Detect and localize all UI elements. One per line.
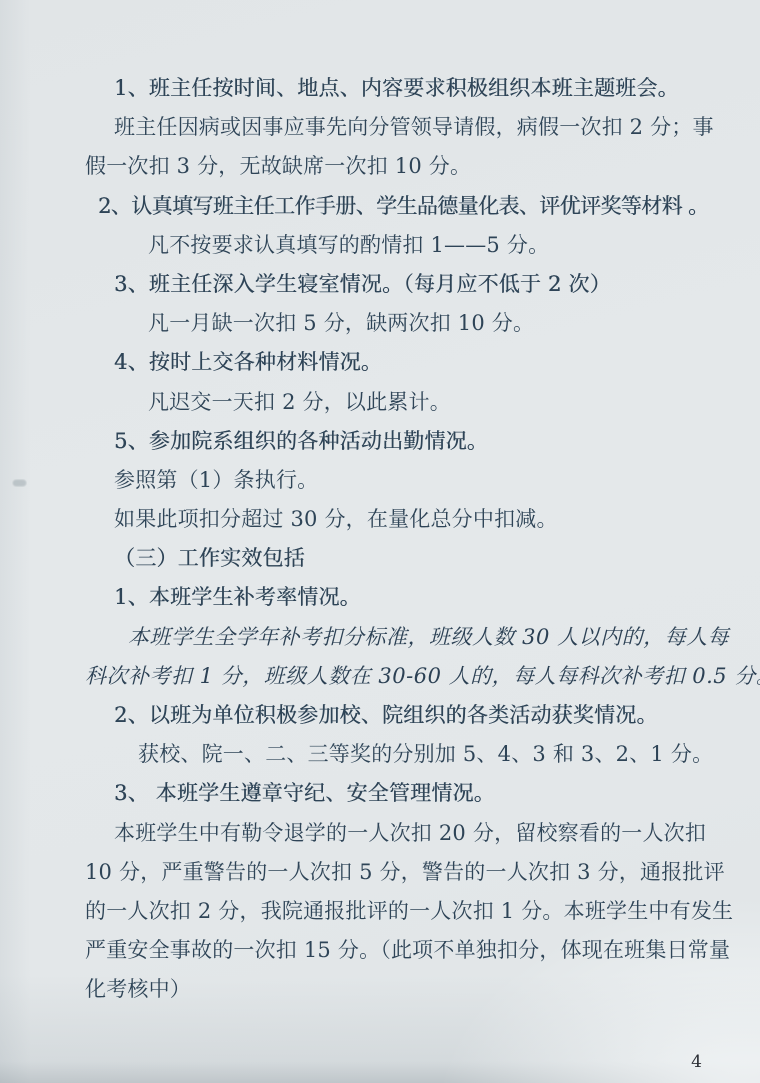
text-line: 10 分，严重警告的一人次扣 5 分，警告的一人次扣 3 分，通报批评	[85, 853, 722, 892]
text-line: 获校、院一、二、三等奖的分别加 5、4、3 和 3、2、1 分。	[85, 735, 722, 774]
text-line: 严重安全事故的一次扣 15 分。（此项不单独扣分，体现在班集日常量	[85, 931, 722, 970]
text-line: 3、 本班学生遵章守纪、安全管理情况。	[85, 774, 722, 813]
document-page: 1、班主任按时间、地点、内容要求积极组织本班主题班会。 班主任因病或因事应事先向…	[0, 0, 760, 1083]
page-number: 4	[691, 1052, 702, 1072]
text-line: 凡迟交一天扣 2 分，以此累计。	[85, 383, 722, 422]
text-line: 凡不按要求认真填写的酌情扣 1——5 分。	[85, 226, 722, 265]
text-line: 假一次扣 3 分，无故缺席一次扣 10 分。	[85, 147, 722, 186]
text-line: 科次补考扣 1 分，班级人数在 30-60 人的，每人每科次补考扣 0.5 分。	[85, 657, 722, 696]
text-line: 化考核中）	[85, 970, 722, 1009]
text-line: 1、班主任按时间、地点、内容要求积极组织本班主题班会。	[85, 69, 722, 108]
text-line: 5、参加院系组织的各种活动出勤情况。	[85, 422, 722, 461]
text-line: 班主任因病或因事应事先向分管领导请假，病假一次扣 2 分；事	[85, 108, 722, 147]
text-line: 凡一月缺一次扣 5 分，缺两次扣 10 分。	[85, 304, 722, 343]
text-line: 4、按时上交各种材料情况。	[85, 343, 722, 382]
scan-artifact-speck	[12, 479, 27, 487]
text-line: 的一人次扣 2 分，我院通报批评的一人次扣 1 分。本班学生中有发生	[85, 892, 722, 931]
text-line: 如果此项扣分超过 30 分，在量化总分中扣减。	[85, 500, 722, 539]
text-line: 本班学生中有勒令退学的一人次扣 20 分，留校察看的一人次扣	[85, 814, 722, 853]
text-line: 3、班主任深入学生寝室情况。（每月应不低于 2 次）	[85, 265, 722, 304]
text-line: （三）工作实效包括	[85, 539, 722, 578]
text-line: 1、本班学生补考率情况。	[85, 578, 722, 617]
text-line: 2、认真填写班主任工作手册、学生品德量化表、评优评奖等材料 。	[85, 187, 722, 226]
text-line: 2、以班为单位积极参加校、院组织的各类活动获奖情况。	[85, 696, 722, 735]
text-line: 参照第（1）条执行。	[85, 461, 722, 500]
document-body: 1、班主任按时间、地点、内容要求积极组织本班主题班会。 班主任因病或因事应事先向…	[85, 69, 722, 1010]
text-line: 本班学生全学年补考扣分标准，班级人数 30 人以内的，每人每	[85, 618, 722, 657]
